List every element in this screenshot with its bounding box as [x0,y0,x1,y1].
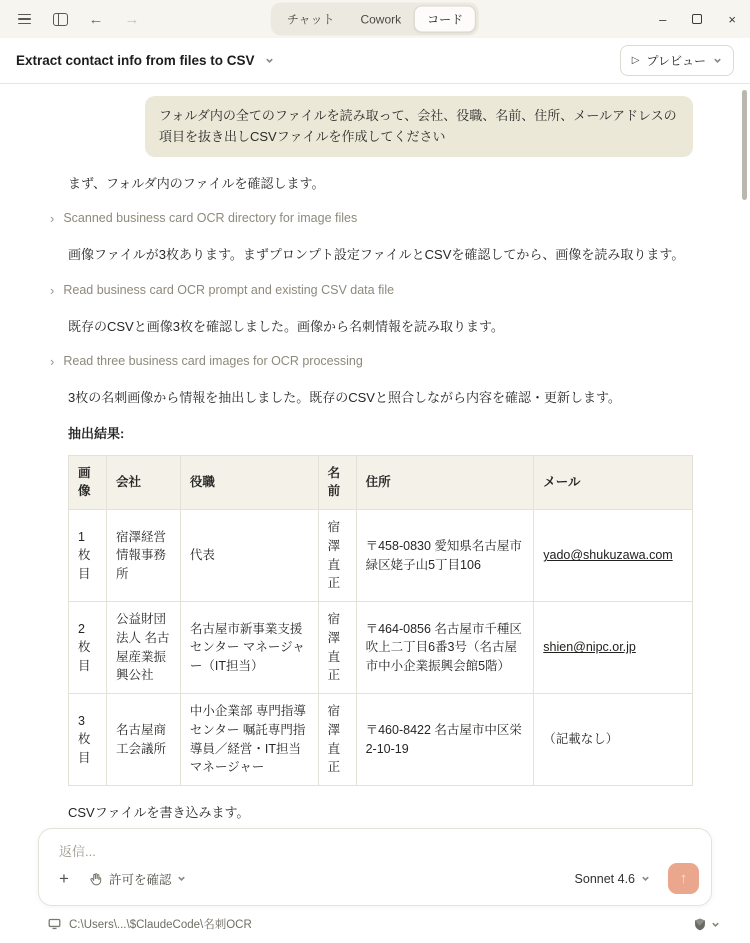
preview-button[interactable]: ▷ プレビュー [620,45,734,76]
results-heading: 抽出結果: [68,424,693,444]
title-chevron-down-icon[interactable] [265,56,274,65]
back-icon[interactable]: ← [86,9,106,29]
model-label: Sonnet 4.6 [575,872,635,886]
cell-email: shien@nipc.or.jp [534,602,693,694]
cell-role: 中小企業部 専門指導センター 嘱託専門指導員／経営・IT担当マネージャー [180,694,318,786]
cell-address: 〒458-0830 愛知県名古屋市緑区姥子山5丁目106 [356,510,534,602]
cell-role: 名古屋市新事業支援センター マネージャー（IT担当） [180,602,318,694]
model-selector[interactable]: Sonnet 4.6 [575,872,650,886]
window-titlebar: ← → チャット Cowork コード – × [0,0,750,38]
chevron-right-icon: › [50,355,54,368]
cell-email: yado@shukuzawa.com [534,510,693,602]
send-button[interactable]: ↑ [668,863,699,894]
working-directory-path: C:\Users\...\$ClaudeCode\名刺OCR [69,916,252,932]
close-button[interactable]: × [728,13,736,26]
cell-name: 宿澤直正 [318,510,356,602]
table-header-address: 住所 [356,455,534,510]
security-dropdown[interactable] [693,917,720,932]
assistant-paragraph: 画像ファイルが3枚あります。まずプロンプト設定ファイルとCSVを確認してから、画… [68,245,693,265]
model-chevron-down-icon [641,874,650,883]
cell-image: 3枚目 [69,694,107,786]
working-directory[interactable]: C:\Users\...\$ClaudeCode\名刺OCR [48,916,252,932]
extraction-table: 画像 会社 役職 名前 住所 メール 1枚目 宿澤経営情報事務所 代表 宿澤直正… [68,455,693,787]
tab-code[interactable]: コード [414,6,476,33]
table-row: 1枚目 宿澤経営情報事務所 代表 宿澤直正 〒458-0830 愛知県名古屋市緑… [69,510,693,602]
attach-plus-button[interactable]: + [59,870,69,887]
table-row: 3枚目 名古屋商工会議所 中小企業部 専門指導センター 嘱託専門指導員／経営・I… [69,694,693,786]
email-link[interactable]: shien@nipc.or.jp [543,640,636,654]
tool-call-label: Read three business card images for OCR … [63,352,362,371]
assistant-paragraph: 既存のCSVと画像3枚を確認しました。画像から名刺情報を読み取ります。 [68,317,693,337]
permission-label: 許可を確認 [109,870,172,888]
cell-name: 宿澤直正 [318,602,356,694]
arrow-up-icon: ↑ [680,870,688,887]
hand-icon [89,872,103,886]
reply-composer: + 許可を確認 Sonnet 4.6 ↑ [38,828,712,906]
tool-call-row-scan-directory[interactable]: › Scanned business card OCR directory fo… [50,209,693,228]
status-footer: C:\Users\...\$ClaudeCode\名刺OCR [0,913,750,935]
conversation-header: Extract contact info from files to CSV ▷… [0,38,750,84]
email-link[interactable]: yado@shukuzawa.com [543,548,672,562]
mode-tab-group: チャット Cowork コード [271,3,479,36]
maximize-button[interactable] [692,14,702,24]
conversation-title[interactable]: Extract contact info from files to CSV [16,53,255,68]
chat-scroll-area: フォルダ内の全てのファイルを読み取って、会社、役職、名前、住所、メールアドレスの… [0,84,750,943]
assistant-paragraph: CSVファイルを書き込みます。 [68,803,693,823]
preview-label: プレビュー [646,52,706,69]
cell-image: 1枚目 [69,510,107,602]
cell-address: 〒460-8422 名古屋市中区栄2-10-19 [356,694,534,786]
minimize-button[interactable]: – [659,13,666,26]
cell-company: 名古屋商工会議所 [106,694,180,786]
user-message-bubble: フォルダ内の全てのファイルを読み取って、会社、役職、名前、住所、メールアドレスの… [145,96,693,157]
cell-company: 宿澤経営情報事務所 [106,510,180,602]
chevron-right-icon: › [50,212,54,225]
table-header-company: 会社 [106,455,180,510]
cell-address: 〒464-0856 名古屋市千種区吹上二丁目6番3号（名古屋市中小企業振興会館5… [356,602,534,694]
menu-icon[interactable] [14,9,34,29]
permission-dropdown[interactable]: 許可を確認 [89,870,187,888]
permission-chevron-down-icon [177,874,186,883]
cell-email: （記載なし） [534,694,693,786]
tab-chat[interactable]: チャット [274,6,348,33]
tool-call-row-read-prompt-csv[interactable]: › Read business card OCR prompt and exis… [50,281,693,300]
sidebar-toggle-icon[interactable] [50,9,70,29]
play-icon: ▷ [632,55,640,66]
assistant-paragraph: まず、フォルダ内のファイルを確認します。 [68,174,693,194]
cell-image: 2枚目 [69,602,107,694]
tab-cowork[interactable]: Cowork [347,7,414,31]
table-header-name: 名前 [318,455,356,510]
preview-chevron-down-icon [713,56,722,65]
reply-input[interactable] [39,829,711,859]
security-chevron-down-icon [711,920,720,929]
cell-role: 代表 [180,510,318,602]
cell-name: 宿澤直正 [318,694,356,786]
tool-call-row-read-images[interactable]: › Read three business card images for OC… [50,352,693,371]
cell-company: 公益財団法人 名古屋産業振興公社 [106,602,180,694]
chevron-right-icon: › [50,284,54,297]
forward-icon[interactable]: → [122,9,142,29]
tool-call-label: Read business card OCR prompt and existi… [63,281,394,300]
monitor-icon [48,918,61,930]
tool-call-label: Scanned business card OCR directory for … [63,209,357,228]
table-header-email: メール [534,455,693,510]
table-header-image: 画像 [69,455,107,510]
assistant-paragraph: 3枚の名刺画像から情報を抽出しました。既存のCSVと照合しながら内容を確認・更新… [68,388,693,408]
table-header-role: 役職 [180,455,318,510]
table-row: 2枚目 公益財団法人 名古屋産業振興公社 名古屋市新事業支援センター マネージャ… [69,602,693,694]
scrollbar-thumb[interactable] [742,90,747,200]
shield-icon [693,917,707,932]
